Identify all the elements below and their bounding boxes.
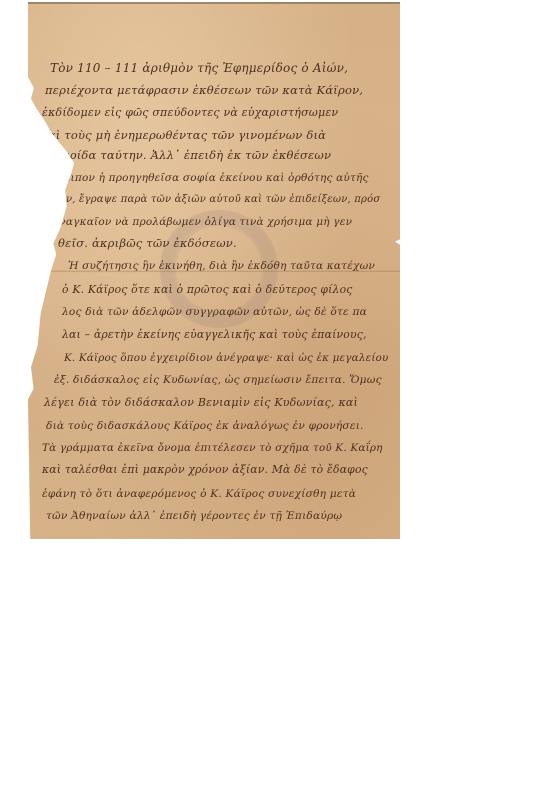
text-line: Τὸν 110 – 111 ἀριθμὸν τῆς Ἐφημερίδος ὁ Α…	[50, 61, 348, 75]
text-line: λος διὰ τῶν ἀδελφῶν συγγραφῶν αὐτῶν, ὡς …	[62, 305, 367, 319]
text-line: ἐξ. διδάσκαλος εἰς Κυδωνίας, ὡς σημείωσι…	[54, 373, 382, 387]
letter-paper: Τὸν 110 – 111 ἀριθμὸν τῆς Ἐφημερίδος ὁ Α…	[28, 2, 400, 539]
text-line: καὶ τοὺς μὴ ἐνημερωθέντας τῶν γινομένων …	[40, 128, 326, 142]
text-line: ἔλειπον ἡ προηγηθεῖσα σοφία ἐκείνου καὶ …	[52, 171, 369, 185]
text-line: θεῖσ. ἀκριβῶς τῶν ἐκδόσεων.	[58, 236, 237, 250]
text-line: λέγει διὰ τὸν διδάσκαλον Βενιαμὶν εἰς Κυ…	[44, 396, 358, 410]
text-line: ἀναγκαῖον νὰ προλάβωμεν ὀλίγα τινὰ χρήσι…	[52, 215, 352, 229]
text-line: τῶν Ἀθηναίων ἀλλ᾽ ἐπειδὴ γέροντες ἐν τῇ …	[46, 509, 342, 523]
text-line: διὰ τοὺς διδασκάλους Κάϊρος ἐκ ἀναλόγως …	[46, 419, 364, 433]
text-line: καὶ ταλέσθαι ἐπὶ μακρὸν χρόνον ἀξίαν. Μὰ…	[42, 463, 368, 477]
text-line: ὁ Κ. Κάϊρος ὅτε καὶ ὁ πρῶτος καὶ ὁ δεύτε…	[62, 283, 353, 297]
text-line: Κ. Κάϊρος ὅπου ἐγχειρίδιον ἀνέγραψε· καὶ…	[64, 351, 388, 365]
handwritten-text: Τὸν 110 – 111 ἀριθμὸν τῆς Ἐφημερίδος ὁ Α…	[28, 2, 400, 539]
text-line: Τὰ γράμματα ἐκεῖνα ὄνομα ἐπιτέλεσεν τὸ σ…	[42, 441, 383, 455]
scanned-page: Τὸν 110 – 111 ἀριθμὸν τῆς Ἐφημερίδος ὁ Α…	[0, 0, 549, 800]
text-line: λαι – ἀρετὴν ἐκείνης εὐαγγελικῆς καὶ τοὺ…	[62, 328, 367, 342]
text-line: τον, ἔγραψε παρὰ τῶν ἀξιῶν αὐτοῦ καὶ τῶν…	[54, 193, 380, 207]
text-line: ἐκδίδομεν εἰς φῶς σπεύδοντες νὰ εὐχαριστ…	[42, 106, 338, 120]
text-line: Ἡ συζήτησις ἣν ἐκινήθη, διὰ ἣν ἐκδόθη τα…	[68, 259, 375, 273]
text-line: περιέχοντα μετάφρασιν ἐκθέσεων τῶν κατὰ …	[45, 83, 363, 97]
text-line: ἐφημερίδα ταύτην. Ἀλλ᾽ ἐπειδὴ ἐκ τῶν ἐκθ…	[34, 148, 331, 162]
text-line: ἐφάνη τὸ ὅτι ἀναφερόμενος ὁ Κ. Κάϊρος συ…	[42, 487, 356, 501]
